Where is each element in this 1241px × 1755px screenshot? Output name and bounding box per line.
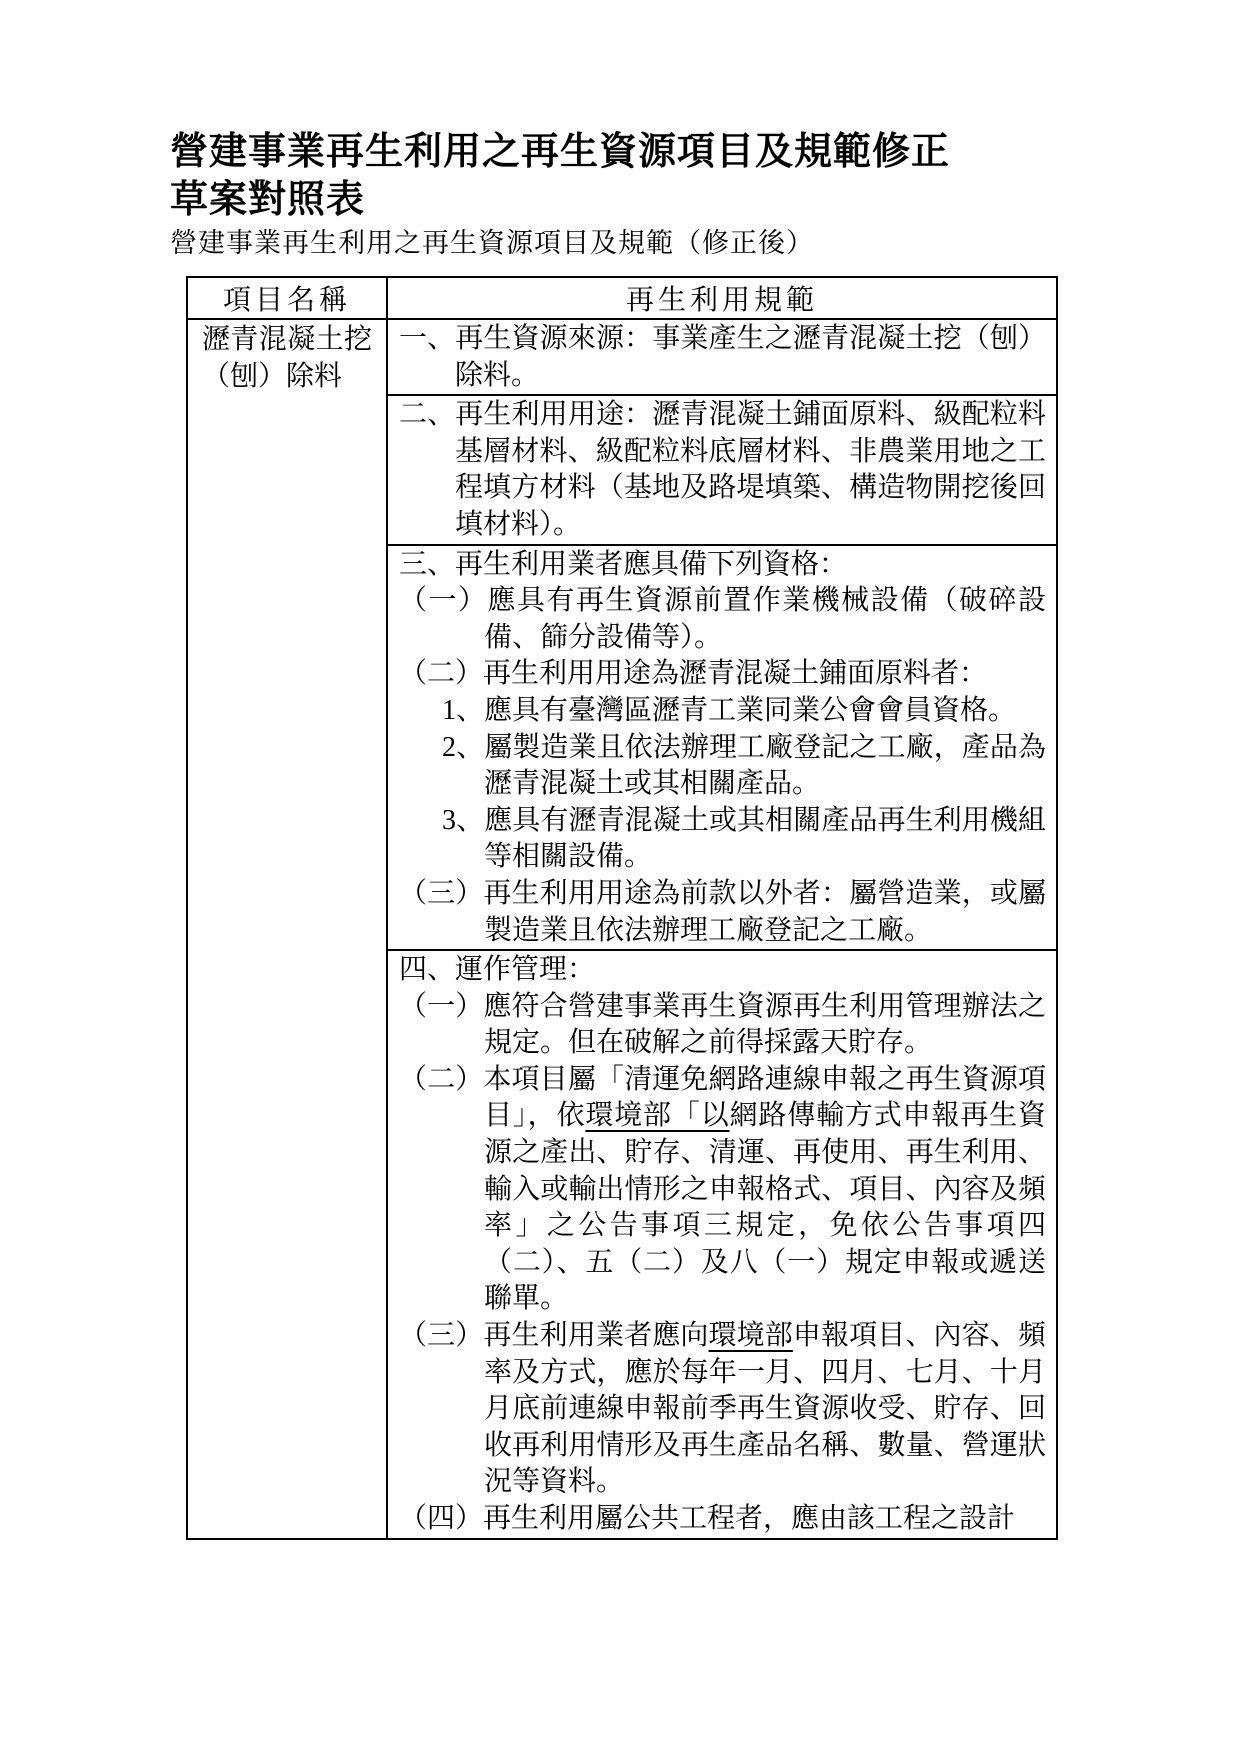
- clause-paragraph: （二）再生利用用途為瀝青混凝土鋪面原料者：: [399, 656, 1046, 693]
- clause-paragraph: 二、再生利用用途：瀝青混凝土鋪面原料、級配粒料基層材料、級配粒料底層材料、非農業…: [399, 397, 1046, 543]
- clause-paragraph: （一）應符合營建事業再生資源再生利用管理辦法之規定。但在破解之前得採露天貯存。: [399, 989, 1046, 1062]
- page-title: 營建事業再生利用之再生資源項目及規範修正草案對照表: [170, 128, 970, 224]
- column-header-item-name: 項目名稱: [187, 277, 387, 319]
- clause-paragraph: 3、應具有瀝青混凝土或其相關產品再生利用機組等相關設備。: [399, 803, 1046, 876]
- clause-text-segment: 網路傳輸方式申報再生資源之產出、貯存、清運、再使用、再生利用、輸入或輸出情形之申…: [484, 1100, 1046, 1314]
- clause-paragraph: （四）再生利用屬公共工程者，應由該工程之設計: [399, 1501, 1046, 1538]
- rule-cell-operations: 四、運作管理： （一）應符合營建事業再生資源再生利用管理辦法之規定。但在破解之前…: [387, 950, 1057, 1539]
- revision-underline: 環境部: [708, 1320, 792, 1351]
- clause-paragraph: 三、再生利用業者應具備下列資格：: [399, 547, 1046, 584]
- clause-paragraph: 1、應具有臺灣區瀝青工業同業公會會員資格。: [399, 693, 1046, 730]
- clause-paragraph: 一、再生資源來源：事業產生之瀝青混凝土挖（刨）除料。: [399, 321, 1046, 394]
- clause-paragraph: 2、屬製造業且依法辦理工廠登記之工廠，產品為瀝青混凝土或其相關產品。: [399, 730, 1046, 803]
- regulation-table: 項目名稱 再生利用規範 瀝青混凝土挖（刨）除料 一、再生資源來源：事業產生之瀝青…: [186, 276, 1058, 1540]
- clause-text-segment: （三）再生利用業者應向: [399, 1320, 708, 1351]
- rule-cell-uses: 二、再生利用用途：瀝青混凝土鋪面原料、級配粒料基層材料、級配粒料底層材料、非農業…: [387, 395, 1057, 544]
- clause-paragraph: （二）本項目屬「清運免網路連線申報之再生資源項目」，依環境部「以網路傳輸方式申報…: [399, 1062, 1046, 1318]
- revision-underline: 環境部「以: [585, 1100, 729, 1131]
- table-row-source: 瀝青混凝土挖（刨）除料 一、再生資源來源：事業產生之瀝青混凝土挖（刨）除料。: [187, 319, 1057, 395]
- clause-paragraph: （三）再生利用業者應向環境部申報項目、內容、頻率及方式，應於每年一月、四月、七月…: [399, 1318, 1046, 1501]
- item-name-cell: 瀝青混凝土挖（刨）除料: [187, 319, 387, 1539]
- clause-paragraph: （一）應具有再生資源前置作業機械設備（破碎設備、篩分設備等）。: [399, 583, 1046, 656]
- clause-paragraph: （三）再生利用用途為前款以外者：屬營造業，或屬製造業且依法辦理工廠登記之工廠。: [399, 876, 1046, 949]
- document-page: 營建事業再生利用之再生資源項目及規範修正草案對照表 營建事業再生利用之再生資源項…: [0, 0, 1241, 1755]
- table-caption: 營建事業再生利用之再生資源項目及規範（修正後）: [170, 226, 1241, 260]
- clause-paragraph: 四、運作管理：: [399, 952, 1046, 989]
- column-header-rule: 再生利用規範: [387, 277, 1057, 319]
- table-header-row: 項目名稱 再生利用規範: [187, 277, 1057, 319]
- rule-cell-qualifications: 三、再生利用業者應具備下列資格： （一）應具有再生資源前置作業機械設備（破碎設備…: [387, 545, 1057, 951]
- rule-cell-source: 一、再生資源來源：事業產生之瀝青混凝土挖（刨）除料。: [387, 319, 1057, 395]
